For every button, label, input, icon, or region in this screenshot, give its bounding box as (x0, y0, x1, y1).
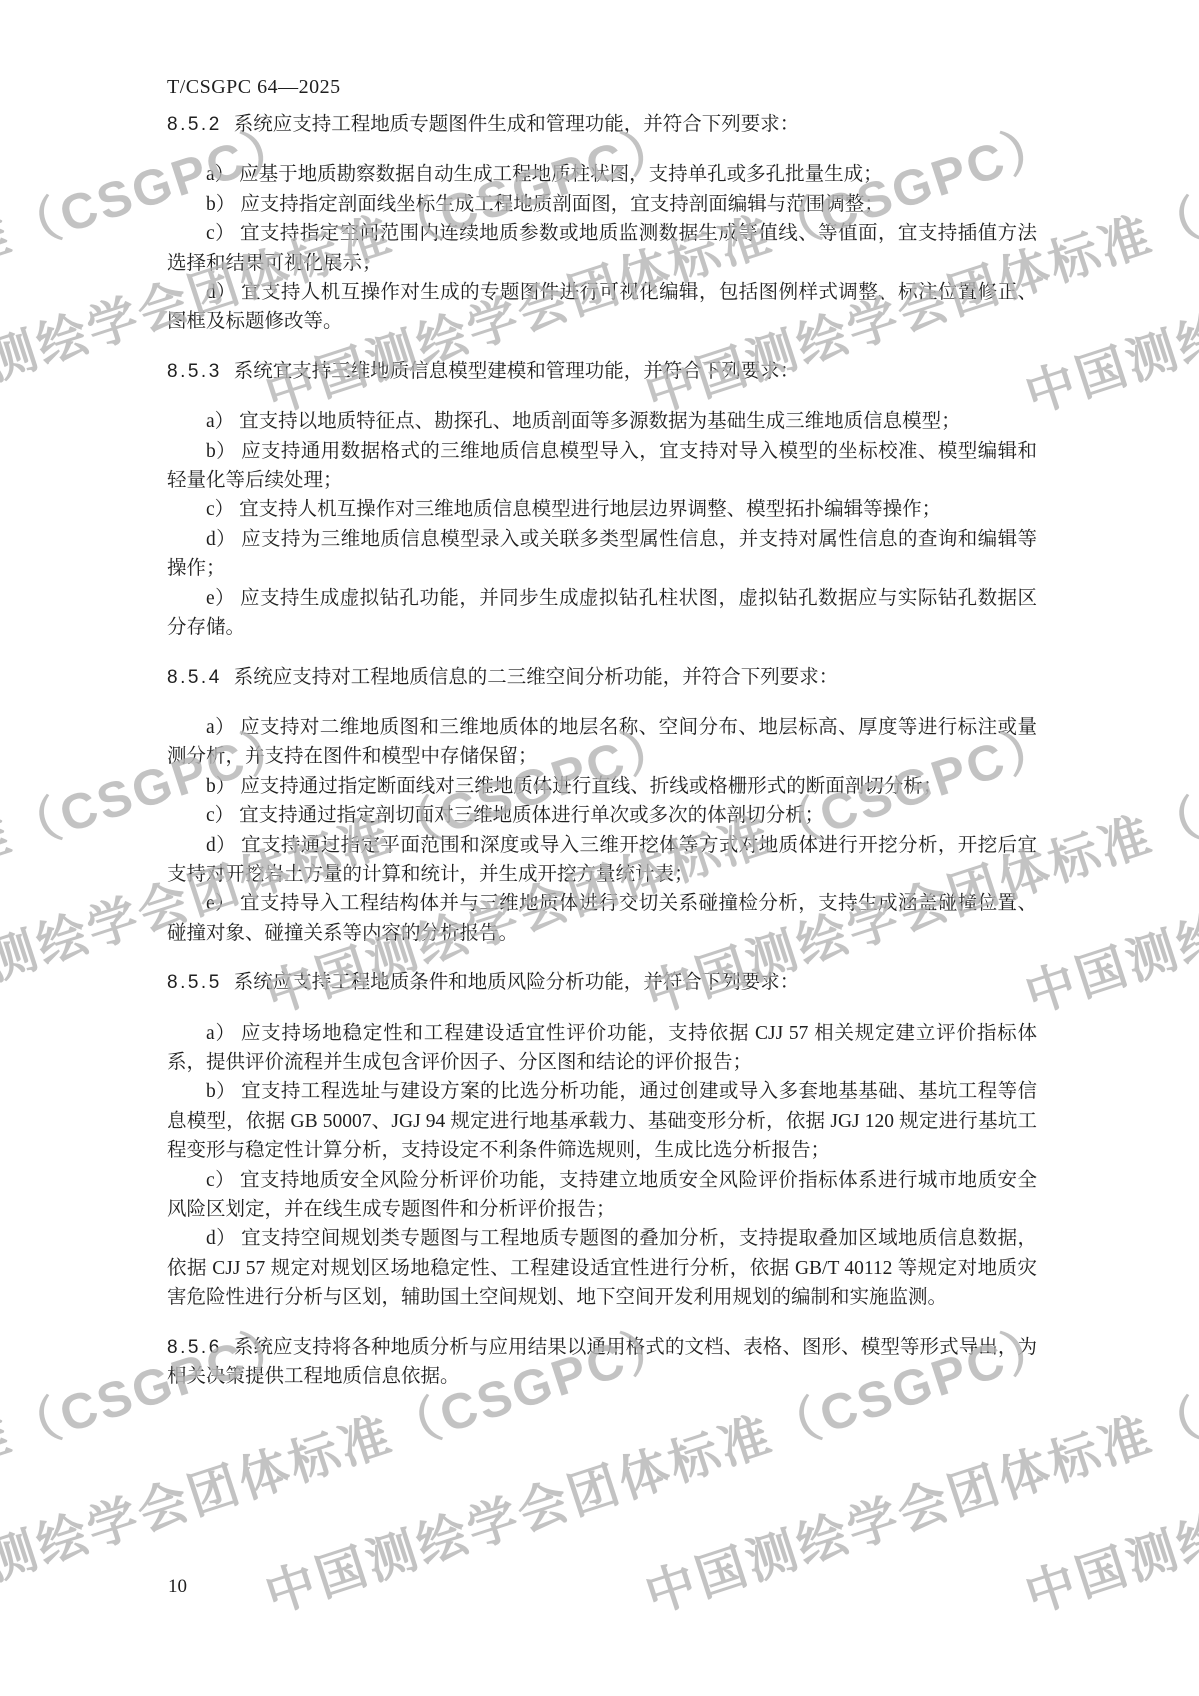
clause-title: 系统应支持将各种地质分析与应用结果以通用格式的文档、表格、图形、模型等形式导出，… (167, 1337, 1037, 1387)
item-label: e） (206, 588, 235, 609)
clause-item-c: c）宜支持通过指定剖切面对三维地质体进行单次或多次的体剖切分析； (167, 801, 1037, 830)
clause-title: 系统应支持工程地质条件和地质风险分析功能，并符合下列要求： (234, 972, 800, 993)
clause-8.5.2: 8.5.2系统应支持工程地质专题图件生成和管理功能，并符合下列要求：a）应基于地… (167, 110, 1037, 337)
clause-heading: 8.5.5系统应支持工程地质条件和地质风险分析功能，并符合下列要求： (167, 968, 1037, 997)
item-text: 宜支持空间规划类专题图与工程地质专题图的叠加分析，支持提取叠加区域地质信息数据，… (167, 1228, 1037, 1308)
clause-item-d: d）宜支持空间规划类专题图与工程地质专题图的叠加分析，支持提取叠加区域地质信息数… (167, 1224, 1037, 1312)
clause-item-b: b）应支持通过指定断面线对三维地质体进行直线、折线或格栅形式的断面剖切分析； (167, 772, 1037, 801)
item-text: 应支持通过指定断面线对三维地质体进行直线、折线或格栅形式的断面剖切分析； (240, 776, 942, 797)
item-text: 应支持场地稳定性和工程建设适宜性评价功能，支持依据 CJJ 57 相关规定建立评… (167, 1023, 1037, 1073)
item-label: b） (206, 194, 235, 215)
clause-item-d: d）应支持为三维地质信息模型录入或关联多类型属性信息，并支持对属性信息的查询和编… (167, 525, 1037, 584)
clause-number: 8.5.6 (167, 1337, 222, 1358)
doc-code-header: T/CSGPC 64—2025 (167, 76, 341, 99)
clause-item-c: c）宜支持指定空间范围内连续地质参数或地质监测数据生成等值线、等值面，宜支持插值… (167, 219, 1037, 278)
document-page: 中国测绘学会团体标准（CSGPC）中国测绘学会团体标准（CSGPC）中国测绘学会… (0, 0, 1199, 1696)
clause-8.5.5: 8.5.5系统应支持工程地质条件和地质风险分析功能，并符合下列要求：a）应支持场… (167, 968, 1037, 1312)
clause-heading: 8.5.6系统应支持将各种地质分析与应用结果以通用格式的文档、表格、图形、模型等… (167, 1333, 1037, 1392)
clause-number: 8.5.5 (167, 972, 222, 993)
clause-title: 系统宜支持三维地质信息模型建模和管理功能，并符合下列要求： (234, 361, 800, 382)
page-number: 10 (168, 1576, 187, 1598)
item-label: c） (206, 805, 234, 826)
item-label: b） (206, 441, 236, 462)
item-label: d） (206, 1228, 236, 1249)
clause-item-e: e）宜支持导入工程结构体并与三维地质体进行交切关系碰撞检分析，支持生成涵盖碰撞位… (167, 889, 1037, 948)
item-text: 应支持生成虚拟钻孔功能，并同步生成虚拟钻孔柱状图，虚拟钻孔数据应与实际钻孔数据区… (167, 588, 1037, 638)
item-text: 宜支持人机互操作对生成的专题图件进行可视化编辑，包括图例样式调整、标注位置修正、… (167, 282, 1037, 332)
watermark-text: 中国测绘学会团体标准（CSGPC） (1015, 1303, 1199, 1628)
item-label: d） (206, 282, 236, 303)
clause-item-c: c）宜支持地质安全风险分析评价功能，支持建立地质安全风险评价指标体系进行城市地质… (167, 1166, 1037, 1225)
clause-heading: 8.5.2系统应支持工程地质专题图件生成和管理功能，并符合下列要求： (167, 110, 1037, 139)
item-text: 宜支持导入工程结构体并与三维地质体进行交切关系碰撞检分析，支持生成涵盖碰撞位置、… (167, 893, 1037, 943)
clause-item-b: b）宜支持工程选址与建设方案的比选分析功能，通过创建或导入多套地基基础、基坑工程… (167, 1077, 1037, 1165)
clause-item-b: b）应支持通用数据格式的三维地质信息模型导入，宜支持对导入模型的坐标校准、模型编… (167, 437, 1037, 496)
item-label: d） (206, 835, 236, 856)
item-text: 应基于地质勘察数据自动生成工程地质柱状图，支持单孔或多孔批量生成； (239, 164, 883, 185)
item-label: a） (206, 1023, 236, 1044)
watermark-text: 中国测绘学会团体标准（CSGPC） (1015, 103, 1199, 428)
item-text: 宜支持工程选址与建设方案的比选分析功能，通过创建或导入多套地基基础、基坑工程等信… (167, 1081, 1037, 1161)
item-text: 应支持为三维地质信息模型录入或关联多类型属性信息，并支持对属性信息的查询和编辑等… (167, 529, 1037, 579)
clause-title: 系统应支持工程地质专题图件生成和管理功能，并符合下列要求： (234, 114, 800, 135)
item-label: a） (206, 164, 234, 185)
item-text: 应支持对二维地质图和三维地质体的地层名称、空间分布、地层标高、厚度等进行标注或量… (167, 717, 1037, 767)
item-label: a） (206, 717, 235, 738)
watermark-text: 中国测绘学会团体标准（CSGPC） (1015, 703, 1199, 1028)
clause-item-c: c）宜支持人机互操作对三维地质信息模型进行地层边界调整、模型拓扑编辑等操作； (167, 495, 1037, 524)
clause-item-a: a）宜支持以地质特征点、勘探孔、地质剖面等多源数据为基础生成三维地质信息模型； (167, 407, 1037, 436)
item-label: c） (206, 1170, 235, 1191)
clause-8.5.6: 8.5.6系统应支持将各种地质分析与应用结果以通用格式的文档、表格、图形、模型等… (167, 1333, 1037, 1392)
item-label: b） (206, 1081, 236, 1102)
item-label: c） (206, 499, 234, 520)
clause-heading: 8.5.4系统应支持对工程地质信息的二三维空间分析功能，并符合下列要求： (167, 663, 1037, 692)
clause-8.5.3: 8.5.3系统宜支持三维地质信息模型建模和管理功能，并符合下列要求：a）宜支持以… (167, 357, 1037, 643)
item-text: 宜支持指定空间范围内连续地质参数或地质监测数据生成等值线、等值面，宜支持插值方法… (167, 223, 1037, 273)
document-body: 8.5.2系统应支持工程地质专题图件生成和管理功能，并符合下列要求：a）应基于地… (167, 110, 1037, 1412)
clause-item-d: d）宜支持通过指定平面范围和深度或导入三维开挖体等方式对地质体进行开挖分析，开挖… (167, 831, 1037, 890)
clause-item-e: e）应支持生成虚拟钻孔功能，并同步生成虚拟钻孔柱状图，虚拟钻孔数据应与实际钻孔数… (167, 584, 1037, 643)
item-text: 宜支持以地质特征点、勘探孔、地质剖面等多源数据为基础生成三维地质信息模型； (239, 411, 961, 432)
item-label: b） (206, 776, 235, 797)
item-label: e） (206, 893, 235, 914)
item-text: 应支持通用数据格式的三维地质信息模型导入，宜支持对导入模型的坐标校准、模型编辑和… (167, 441, 1037, 491)
item-text: 宜支持通过指定剖切面对三维地质体进行单次或多次的体剖切分析； (239, 805, 824, 826)
clause-item-d: d）宜支持人机互操作对生成的专题图件进行可视化编辑，包括图例样式调整、标注位置修… (167, 278, 1037, 337)
clause-number: 8.5.2 (167, 114, 222, 135)
clause-number: 8.5.4 (167, 667, 222, 688)
clause-8.5.4: 8.5.4系统应支持对工程地质信息的二三维空间分析功能，并符合下列要求：a）应支… (167, 663, 1037, 949)
item-label: a） (206, 411, 234, 432)
clause-title: 系统应支持对工程地质信息的二三维空间分析功能，并符合下列要求： (234, 667, 839, 688)
item-text: 宜支持通过指定平面范围和深度或导入三维开挖体等方式对地质体进行开挖分析，开挖后宜… (167, 835, 1037, 885)
clause-heading: 8.5.3系统宜支持三维地质信息模型建模和管理功能，并符合下列要求： (167, 357, 1037, 386)
item-text: 应支持指定剖面线坐标生成工程地质剖面图，宜支持剖面编辑与范围调整； (240, 194, 884, 215)
clause-item-b: b）应支持指定剖面线坐标生成工程地质剖面图，宜支持剖面编辑与范围调整； (167, 190, 1037, 219)
item-text: 宜支持人机互操作对三维地质信息模型进行地层边界调整、模型拓扑编辑等操作； (239, 499, 941, 520)
item-label: c） (206, 223, 235, 244)
item-label: d） (206, 529, 236, 550)
clause-number: 8.5.3 (167, 361, 222, 382)
clause-item-a: a）应基于地质勘察数据自动生成工程地质柱状图，支持单孔或多孔批量生成； (167, 160, 1037, 189)
item-text: 宜支持地质安全风险分析评价功能，支持建立地质安全风险评价指标体系进行城市地质安全… (167, 1170, 1037, 1220)
clause-item-a: a）应支持对二维地质图和三维地质体的地层名称、空间分布、地层标高、厚度等进行标注… (167, 713, 1037, 772)
clause-item-a: a）应支持场地稳定性和工程建设适宜性评价功能，支持依据 CJJ 57 相关规定建… (167, 1019, 1037, 1078)
